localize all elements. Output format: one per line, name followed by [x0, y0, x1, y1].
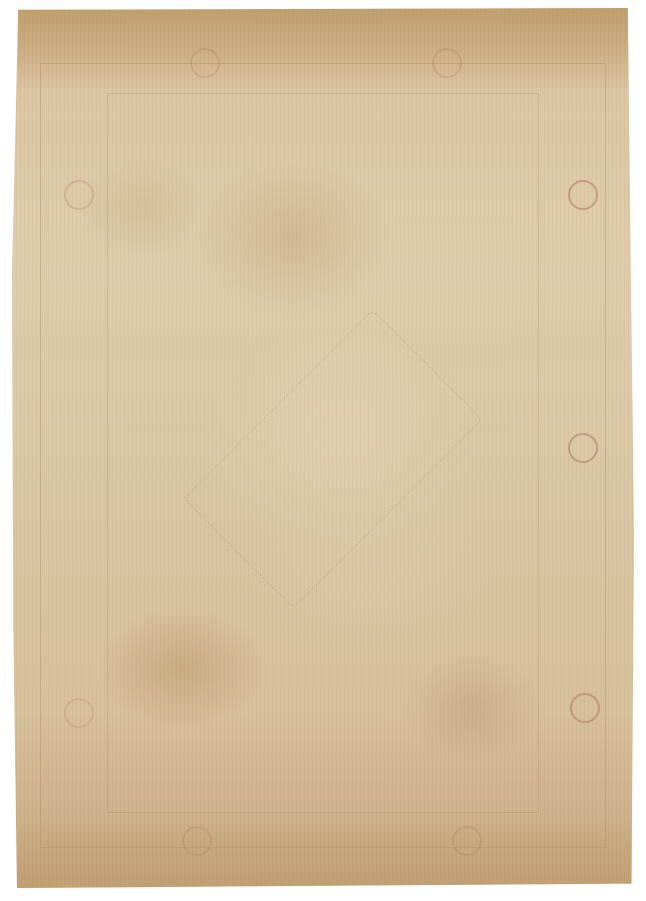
rug-photo	[0, 0, 646, 901]
rug-border-motif	[190, 48, 220, 78]
rug-border-motif	[64, 698, 94, 728]
rug-border-motif	[452, 826, 482, 856]
rug-border-motif	[568, 433, 598, 463]
rug-border-motif	[182, 826, 212, 856]
rug-border-motif	[64, 180, 94, 210]
rug-border-motif	[432, 48, 462, 78]
rug-border-motif	[568, 180, 598, 210]
rug	[12, 8, 634, 888]
rug-border-motif	[570, 693, 600, 723]
